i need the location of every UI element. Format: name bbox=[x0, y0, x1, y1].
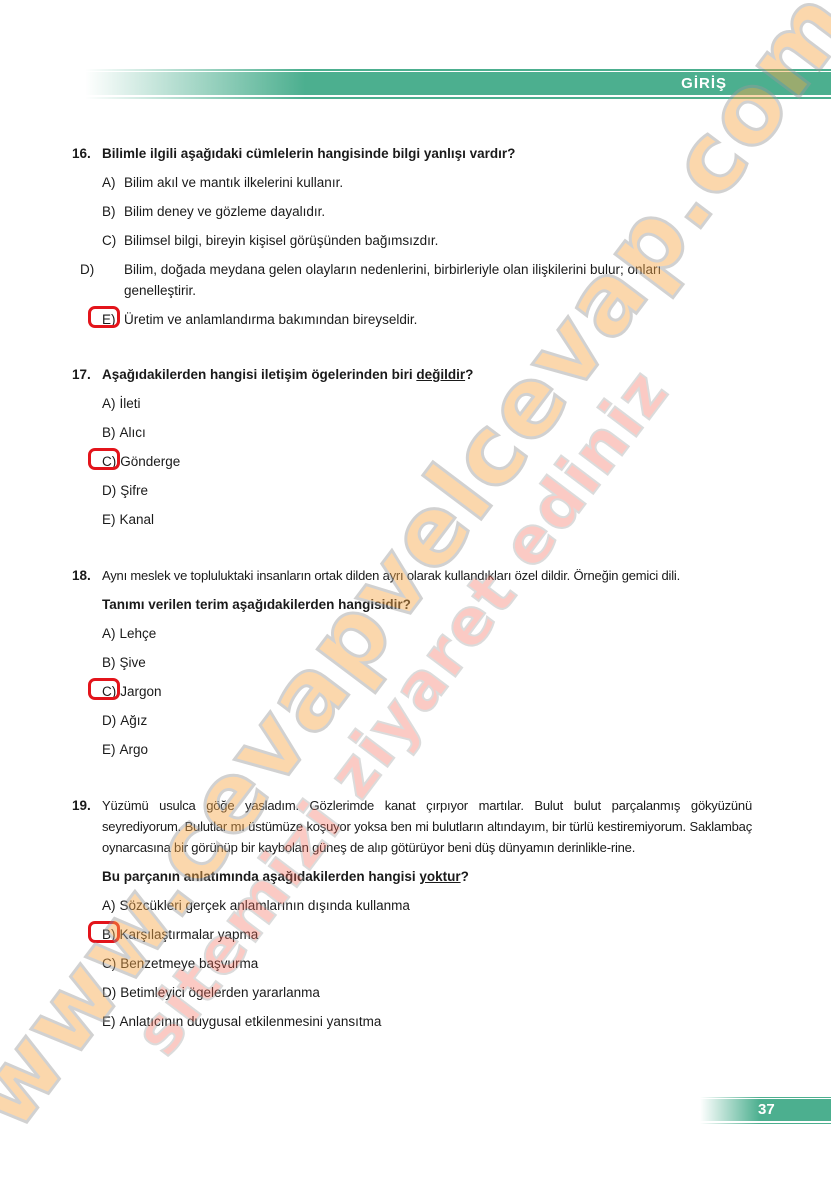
stem-text: ? bbox=[461, 869, 469, 884]
option-label: D) bbox=[102, 480, 116, 501]
option-text: Betimleyici ögelerden yararlanma bbox=[120, 985, 320, 1000]
option-text: Karşılaştırmalar yapma bbox=[120, 927, 259, 942]
option-label: D) bbox=[102, 259, 124, 280]
option-label: D) bbox=[102, 710, 116, 731]
option-c[interactable]: C)Gönderge bbox=[102, 451, 752, 472]
question-stem: Bilimle ilgili aşağıdaki cümlelerin hang… bbox=[102, 143, 752, 164]
option-label: D) bbox=[102, 982, 116, 1003]
option-text: Bilim, doğada meydana gelen olayların ne… bbox=[124, 262, 661, 298]
option-a[interactable]: A)Lehçe bbox=[102, 623, 752, 644]
option-label: B) bbox=[102, 201, 124, 222]
option-b[interactable]: B)Şive bbox=[102, 652, 752, 673]
question-stem: Aşağıdakilerden hangisi iletişim ögeleri… bbox=[102, 364, 752, 385]
question-18: 18. Aynı meslek ve topluluktaki insanlar… bbox=[72, 565, 752, 760]
header-line-bottom bbox=[85, 97, 831, 99]
question-17: 17. Aşağıdakilerden hangisi iletişim öge… bbox=[72, 364, 752, 530]
question-stem: Tanımı verilen terim aşağıdakilerden han… bbox=[102, 594, 752, 615]
answer-mark-icon bbox=[88, 678, 120, 700]
option-text: Bilim deney ve gözleme dayalıdır. bbox=[124, 204, 325, 219]
option-text: Benzetmeye başvurma bbox=[120, 956, 258, 971]
option-e[interactable]: E)Üretim ve anlamlandırma bakımından bir… bbox=[102, 309, 752, 330]
option-text: Bilimsel bilgi, bireyin kişisel görüşünd… bbox=[124, 233, 438, 248]
question-body: Yüzümü usulca göğe yasladım. Gözlerimde … bbox=[102, 795, 752, 858]
option-d[interactable]: D)Betimleyici ögelerden yararlanma bbox=[102, 982, 752, 1003]
answer-mark-icon bbox=[88, 448, 120, 470]
option-text: Şive bbox=[120, 655, 146, 670]
section-title: GİRİŞ bbox=[681, 74, 727, 93]
question-number: 19. bbox=[72, 795, 91, 816]
option-text: Anlatıcının duygusal etkilenmesini yansı… bbox=[120, 1014, 382, 1029]
question-19: 19. Yüzümü usulca göğe yasladım. Gözleri… bbox=[72, 795, 752, 1032]
option-b[interactable]: B)Bilim deney ve gözleme dayalıdır. bbox=[102, 201, 752, 222]
page-number: 37 bbox=[758, 1100, 775, 1120]
stem-emphasis: değildir bbox=[416, 367, 465, 382]
option-text: Üretim ve anlamlandırma bakımından birey… bbox=[124, 312, 417, 327]
option-b[interactable]: B)Karşılaştırmalar yapma bbox=[102, 924, 752, 945]
option-text: Jargon bbox=[120, 684, 161, 699]
option-label: A) bbox=[102, 623, 116, 644]
option-text: Argo bbox=[120, 742, 149, 757]
option-a[interactable]: A)İleti bbox=[102, 393, 752, 414]
question-number: 18. bbox=[72, 565, 91, 586]
option-text: Bilim akıl ve mantık ilkelerini kullanır… bbox=[124, 175, 343, 190]
option-a[interactable]: A)Sözcükleri gerçek anlamlarının dışında… bbox=[102, 895, 752, 916]
option-c[interactable]: C)Jargon bbox=[102, 681, 752, 702]
option-a[interactable]: A)Bilim akıl ve mantık ilkelerini kullan… bbox=[102, 172, 752, 193]
stem-text: Bu parçanın anlatımında aşağıdakilerden … bbox=[102, 869, 419, 884]
option-label: E) bbox=[102, 739, 116, 760]
option-label: A) bbox=[102, 393, 116, 414]
option-label: A) bbox=[102, 172, 124, 193]
question-stem: Bu parçanın anlatımında aşağıdakilerden … bbox=[102, 866, 752, 887]
option-label: B) bbox=[102, 422, 116, 443]
answer-mark-icon bbox=[88, 921, 120, 943]
option-c[interactable]: C)Benzetmeye başvurma bbox=[102, 953, 752, 974]
option-e[interactable]: E)Kanal bbox=[102, 509, 752, 530]
option-label: E) bbox=[102, 1011, 116, 1032]
option-text: Ağız bbox=[120, 713, 147, 728]
header-line-top bbox=[85, 69, 831, 71]
stem-text: Aşağıdakilerden hangisi iletişim ögeleri… bbox=[102, 367, 416, 382]
option-label: A) bbox=[102, 895, 116, 916]
option-text: Gönderge bbox=[120, 454, 180, 469]
option-e[interactable]: E)Argo bbox=[102, 739, 752, 760]
option-text: Sözcükleri gerçek anlamlarının dışında k… bbox=[120, 898, 410, 913]
question-number: 16. bbox=[72, 143, 91, 164]
option-label: C) bbox=[102, 953, 116, 974]
option-text: Kanal bbox=[120, 512, 155, 527]
option-d[interactable]: D)Bilim, doğada meydana gelen olayların … bbox=[102, 259, 752, 301]
option-text: Lehçe bbox=[120, 626, 157, 641]
option-label: E) bbox=[102, 509, 116, 530]
option-text: Şifre bbox=[120, 483, 148, 498]
option-d[interactable]: D)Şifre bbox=[102, 480, 752, 501]
answer-mark-icon bbox=[88, 306, 120, 328]
option-e[interactable]: E)Anlatıcının duygusal etkilenmesini yan… bbox=[102, 1011, 752, 1032]
question-body: Aynı meslek ve topluluktaki insanların o… bbox=[102, 565, 752, 586]
option-b[interactable]: B)Alıcı bbox=[102, 422, 752, 443]
question-number: 17. bbox=[72, 364, 91, 385]
stem-text: ? bbox=[465, 367, 473, 382]
option-d[interactable]: D)Ağız bbox=[102, 710, 752, 731]
option-c[interactable]: C)Bilimsel bilgi, bireyin kişisel görüşü… bbox=[102, 230, 752, 251]
option-text: İleti bbox=[120, 396, 141, 411]
option-label: B) bbox=[102, 652, 116, 673]
footer-line-bottom bbox=[700, 1123, 831, 1124]
question-16: 16. Bilimle ilgili aşağıdaki cümlelerin … bbox=[72, 143, 752, 330]
footer-line-top bbox=[700, 1097, 831, 1098]
option-text: Alıcı bbox=[120, 425, 146, 440]
stem-emphasis: yoktur bbox=[419, 869, 460, 884]
option-label: C) bbox=[102, 230, 124, 251]
